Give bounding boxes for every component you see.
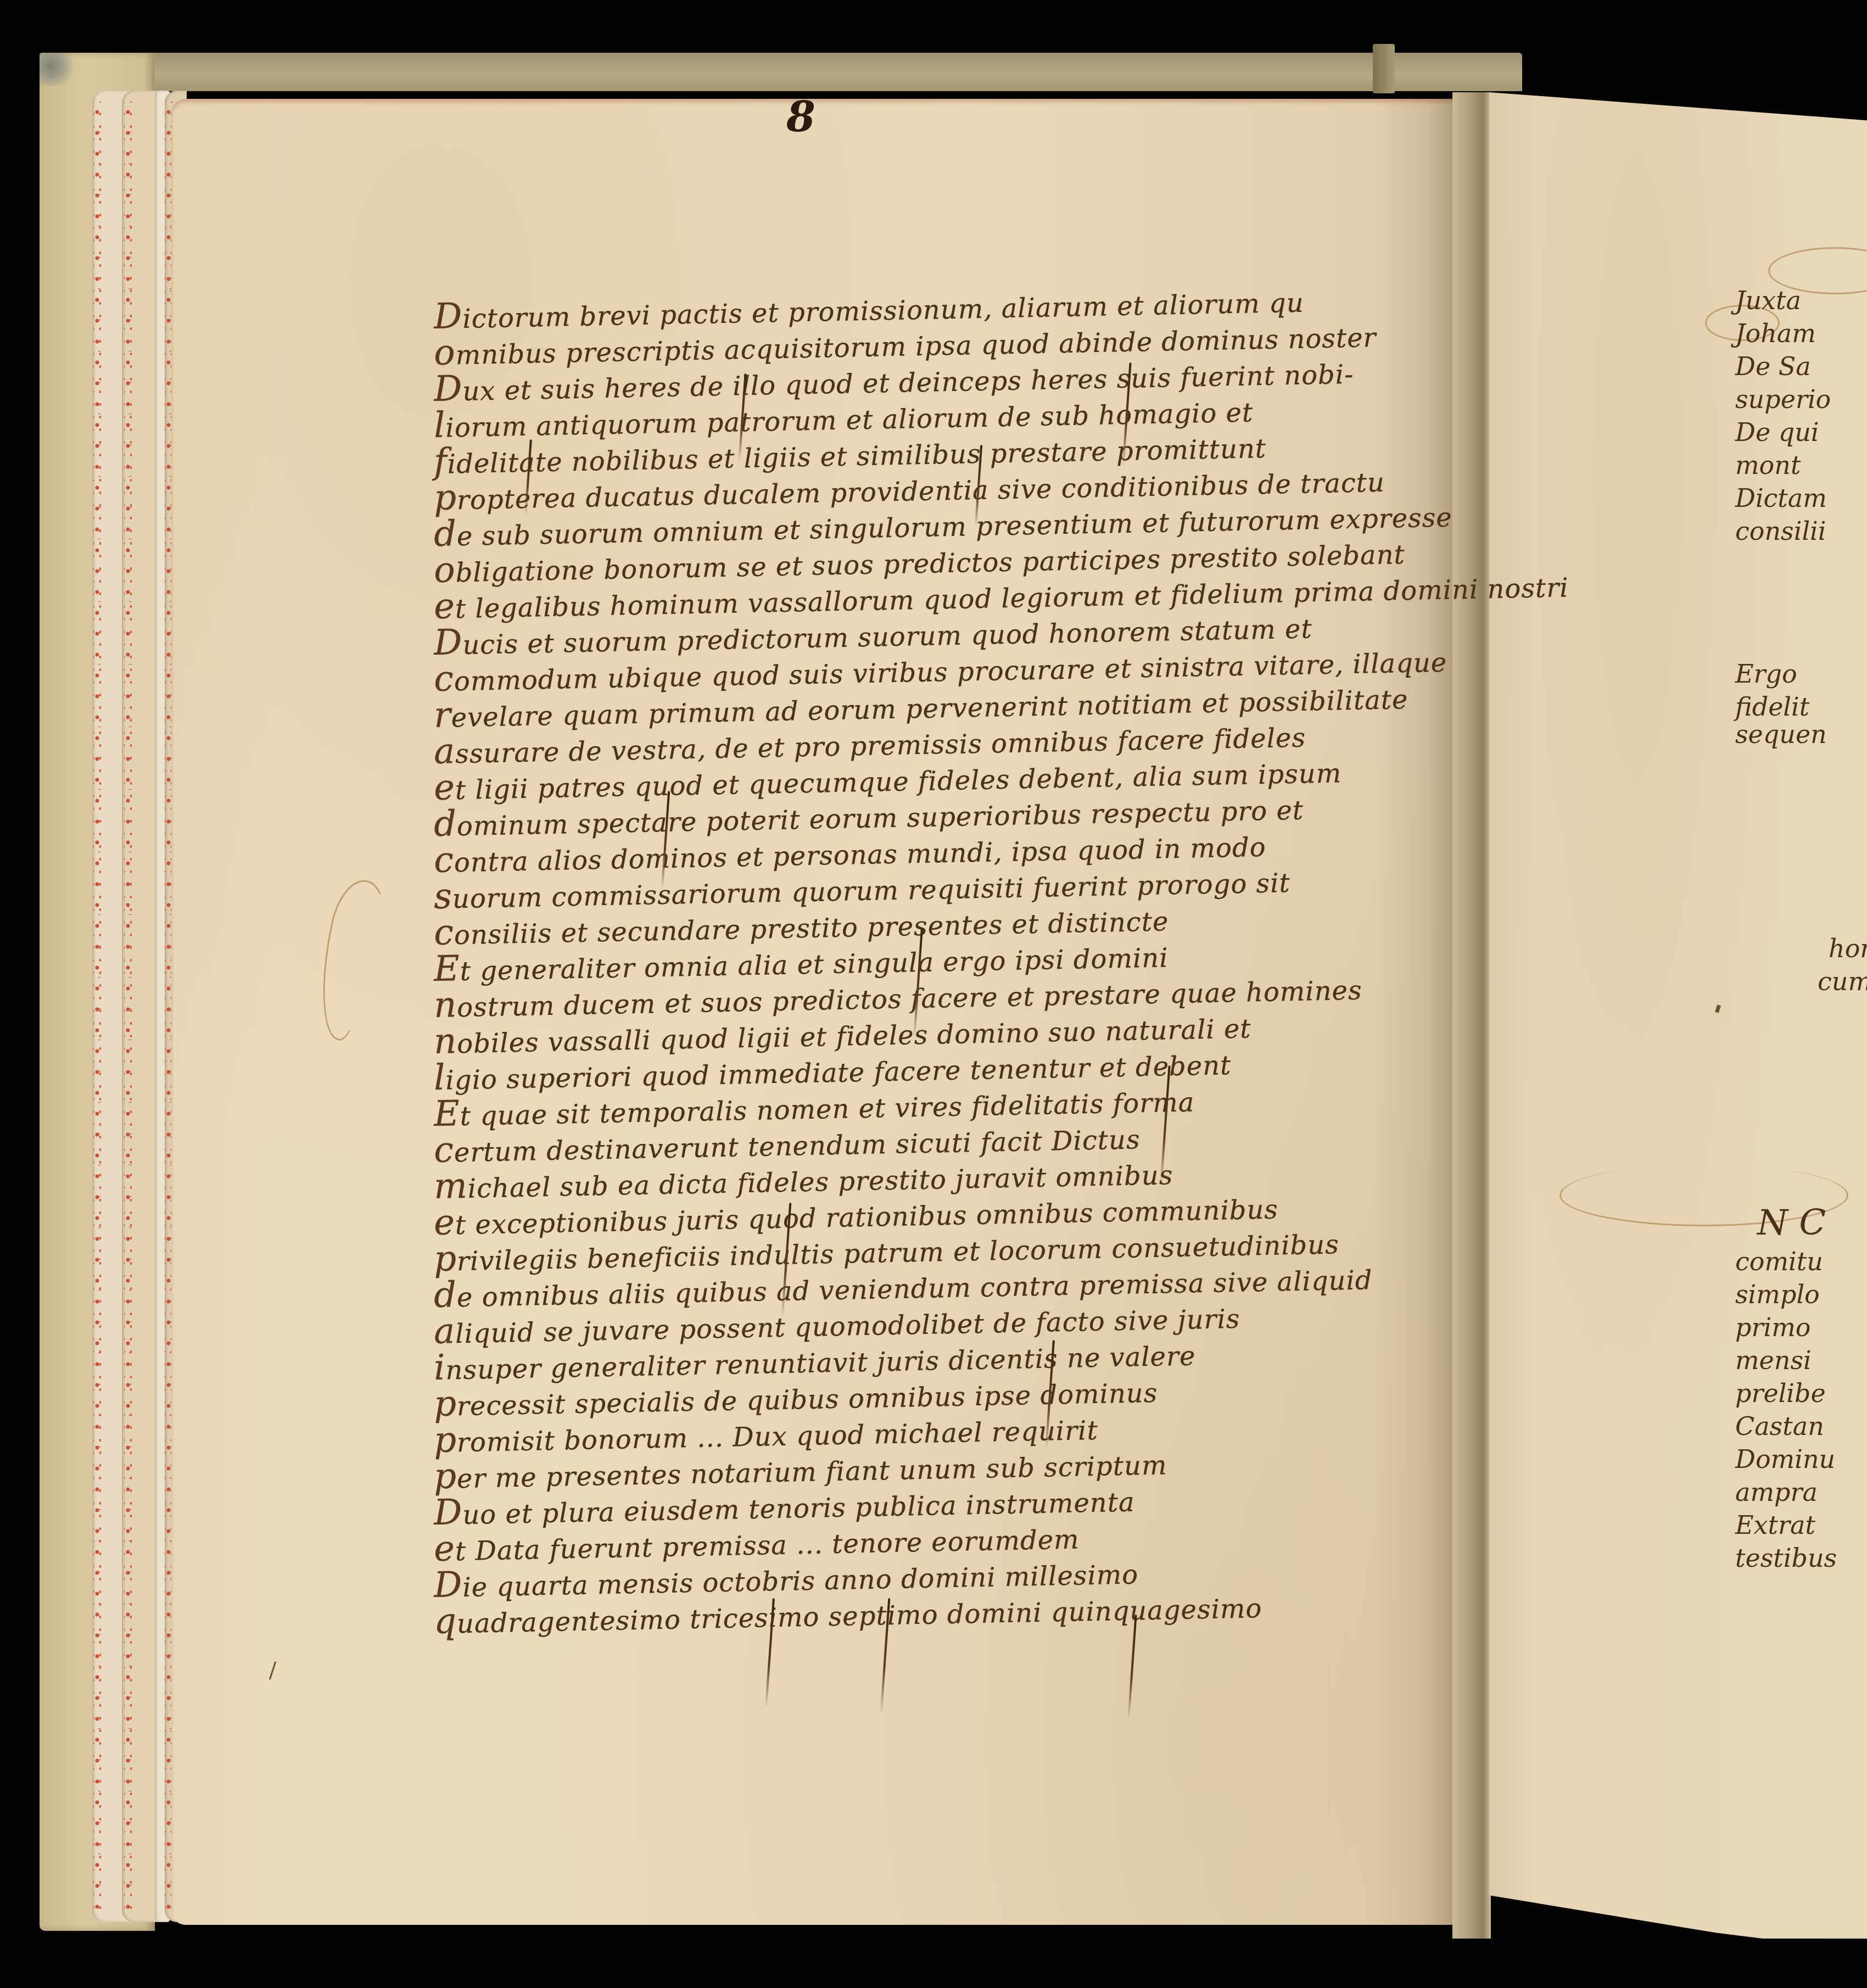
- manuscript-text-block: Dictorum brevi pactis et promissionum, a…: [434, 297, 1400, 1637]
- facing-text-fragment: ampra: [1735, 1477, 1818, 1507]
- facing-text-fragment: Extrat: [1735, 1510, 1815, 1540]
- binding-tab: [1373, 44, 1395, 93]
- folio-number: 8: [786, 96, 815, 138]
- facing-text-fragment: consilii: [1735, 516, 1826, 546]
- facing-text-fragment: mensi: [1735, 1345, 1812, 1375]
- manuscript-viewer: 8 Dictorum brevi pactis et promissionum,…: [0, 0, 1867, 1988]
- facing-text-fragment: De Sa: [1735, 351, 1811, 381]
- red-sprinkled-edge: [124, 102, 132, 1911]
- facing-text-fragment: mont: [1735, 450, 1801, 480]
- facing-text-fragment: fidelit: [1735, 692, 1809, 722]
- facing-text-fragment: sequen: [1735, 719, 1827, 749]
- red-sprinkled-edge: [93, 102, 101, 1911]
- gutter-fold: [1452, 92, 1491, 1943]
- facing-text-fragment: Dominu: [1735, 1444, 1835, 1474]
- cover-corner-wear: [40, 53, 78, 86]
- facing-text-fragment: primo: [1735, 1313, 1810, 1342]
- facing-text-fragment: cum: [1818, 967, 1867, 996]
- facing-text-fragment: testibus: [1735, 1543, 1837, 1573]
- facing-text-fragment: N C: [1757, 1203, 1826, 1243]
- facing-text-fragment: superio: [1735, 384, 1831, 414]
- scan-background: [0, 1939, 1867, 1988]
- facing-text-fragment: De qui: [1735, 417, 1819, 447]
- facing-text-fragment: hom: [1829, 934, 1867, 963]
- facing-text-fragment: Joham: [1735, 319, 1816, 348]
- facing-text-fragment: prelibe: [1735, 1378, 1826, 1408]
- facing-text-fragment: simplo: [1735, 1280, 1820, 1309]
- vellum-cover-top-edge: [40, 53, 1522, 91]
- facing-text-fragment: Ergo: [1735, 659, 1797, 689]
- facing-text-fragment: comitu: [1735, 1247, 1823, 1276]
- facing-text-fragment: Dictam: [1735, 483, 1827, 513]
- facing-text-fragment: Juxta: [1735, 286, 1801, 315]
- facing-text-fragment: Castan: [1735, 1411, 1824, 1441]
